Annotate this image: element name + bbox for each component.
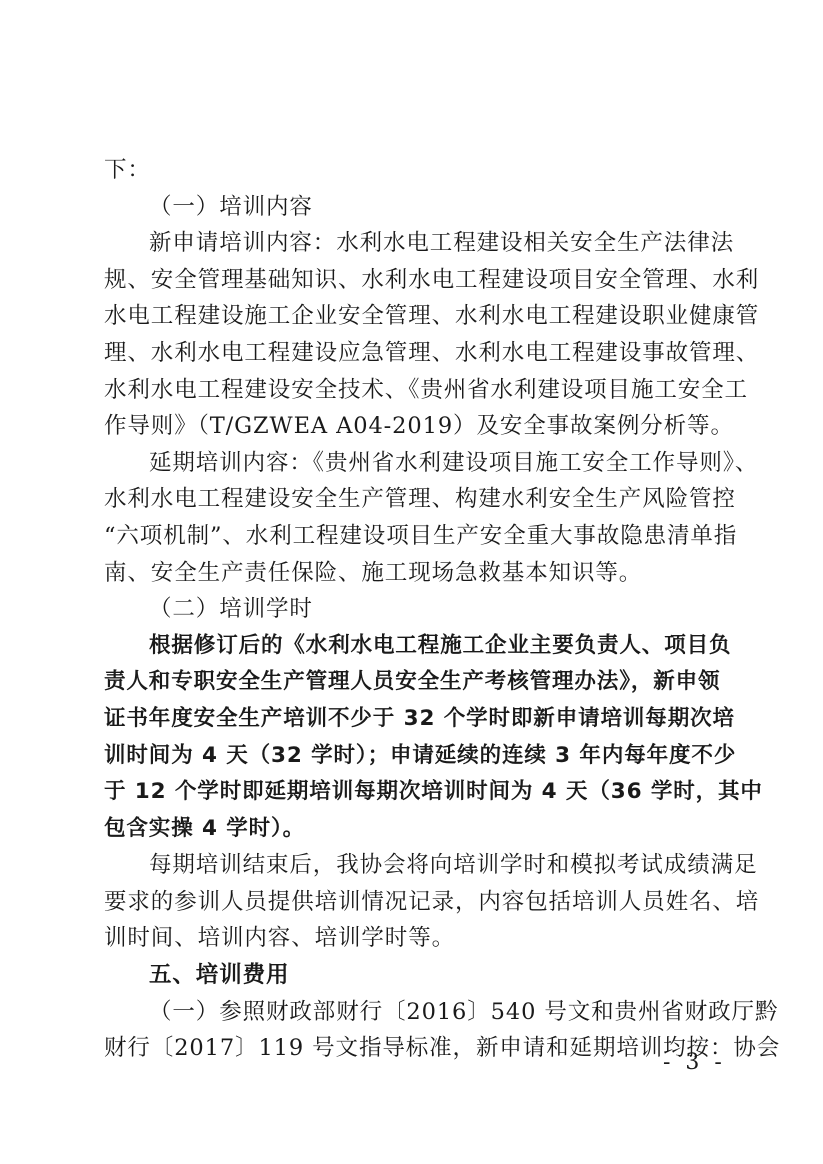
page-number: - 3 - [663, 1050, 726, 1075]
text-line: 水利水电工程建设安全生产管理、构建水利安全生产风险管控 [104, 481, 718, 518]
section-heading-training-content: （一）培训内容 [104, 189, 718, 226]
text-line: 下： [104, 152, 718, 189]
text-line: （一）参照财政部财行〔2016〕540 号文和贵州省财政厅黔 [104, 994, 718, 1031]
text-line: 水电工程建设施工企业安全管理、水利水电工程建设职业健康管 [104, 298, 718, 335]
text-line: 理、水利水电工程建设应急管理、水利水电工程建设事故管理、 [104, 335, 718, 372]
text-line: 新申请培训内容：水利水电工程建设相关安全生产法律法 [104, 225, 718, 262]
text-line: 水利水电工程建设安全技术、《贵州省水利建设项目施工安全工 [104, 372, 718, 409]
text-line: 南、安全生产责任保险、施工现场急救基本知识等。 [104, 555, 718, 592]
text-line: “六项机制”、水利工程建设项目生产安全重大事故隐患清单指 [104, 518, 718, 555]
bold-text-line: 于 12 个学时即延期培训每期次培训时间为 4 天（36 学时，其中 [104, 774, 718, 811]
text-line: 财行〔2017〕119 号文指导标准，新申请和延期培训均按：协会 [104, 1030, 718, 1067]
text-line: 作导则》（T/GZWEA A04-2019）及安全事故案例分析等。 [104, 408, 718, 445]
text-line: 训时间、培训内容、培训学时等。 [104, 920, 718, 957]
bold-text-line: 责人和专职安全生产管理人员安全生产考核管理办法》，新申领 [104, 664, 718, 701]
section-heading-training-hours: （二）培训学时 [104, 591, 718, 628]
bold-text-line: 训时间为 4 天（32 学时）；申请延续的连续 3 年内每年度不少 [104, 738, 718, 775]
bold-text-line: 证书年度安全生产培训不少于 32 个学时即新申请培训每期次培 [104, 701, 718, 738]
text-line: 规、安全管理基础知识、水利水电工程建设项目安全管理、水利 [104, 262, 718, 299]
text-line: 要求的参训人员提供培训情况记录，内容包括培训人员姓名、培 [104, 884, 718, 921]
text-line: 延期培训内容：《贵州省水利建设项目施工安全工作导则》、 [104, 445, 718, 482]
text-line: 每期培训结束后，我协会将向培训学时和模拟考试成绩满足 [104, 847, 718, 884]
document-page: 下： （一）培训内容 新申请培训内容：水利水电工程建设相关安全生产法律法 规、安… [104, 152, 718, 1067]
bold-text-line: 包含实操 4 学时）。 [104, 811, 718, 848]
section-heading-training-fees: 五、培训费用 [104, 957, 718, 994]
bold-text-line: 根据修订后的《水利水电工程施工企业主要负责人、项目负 [104, 628, 718, 665]
